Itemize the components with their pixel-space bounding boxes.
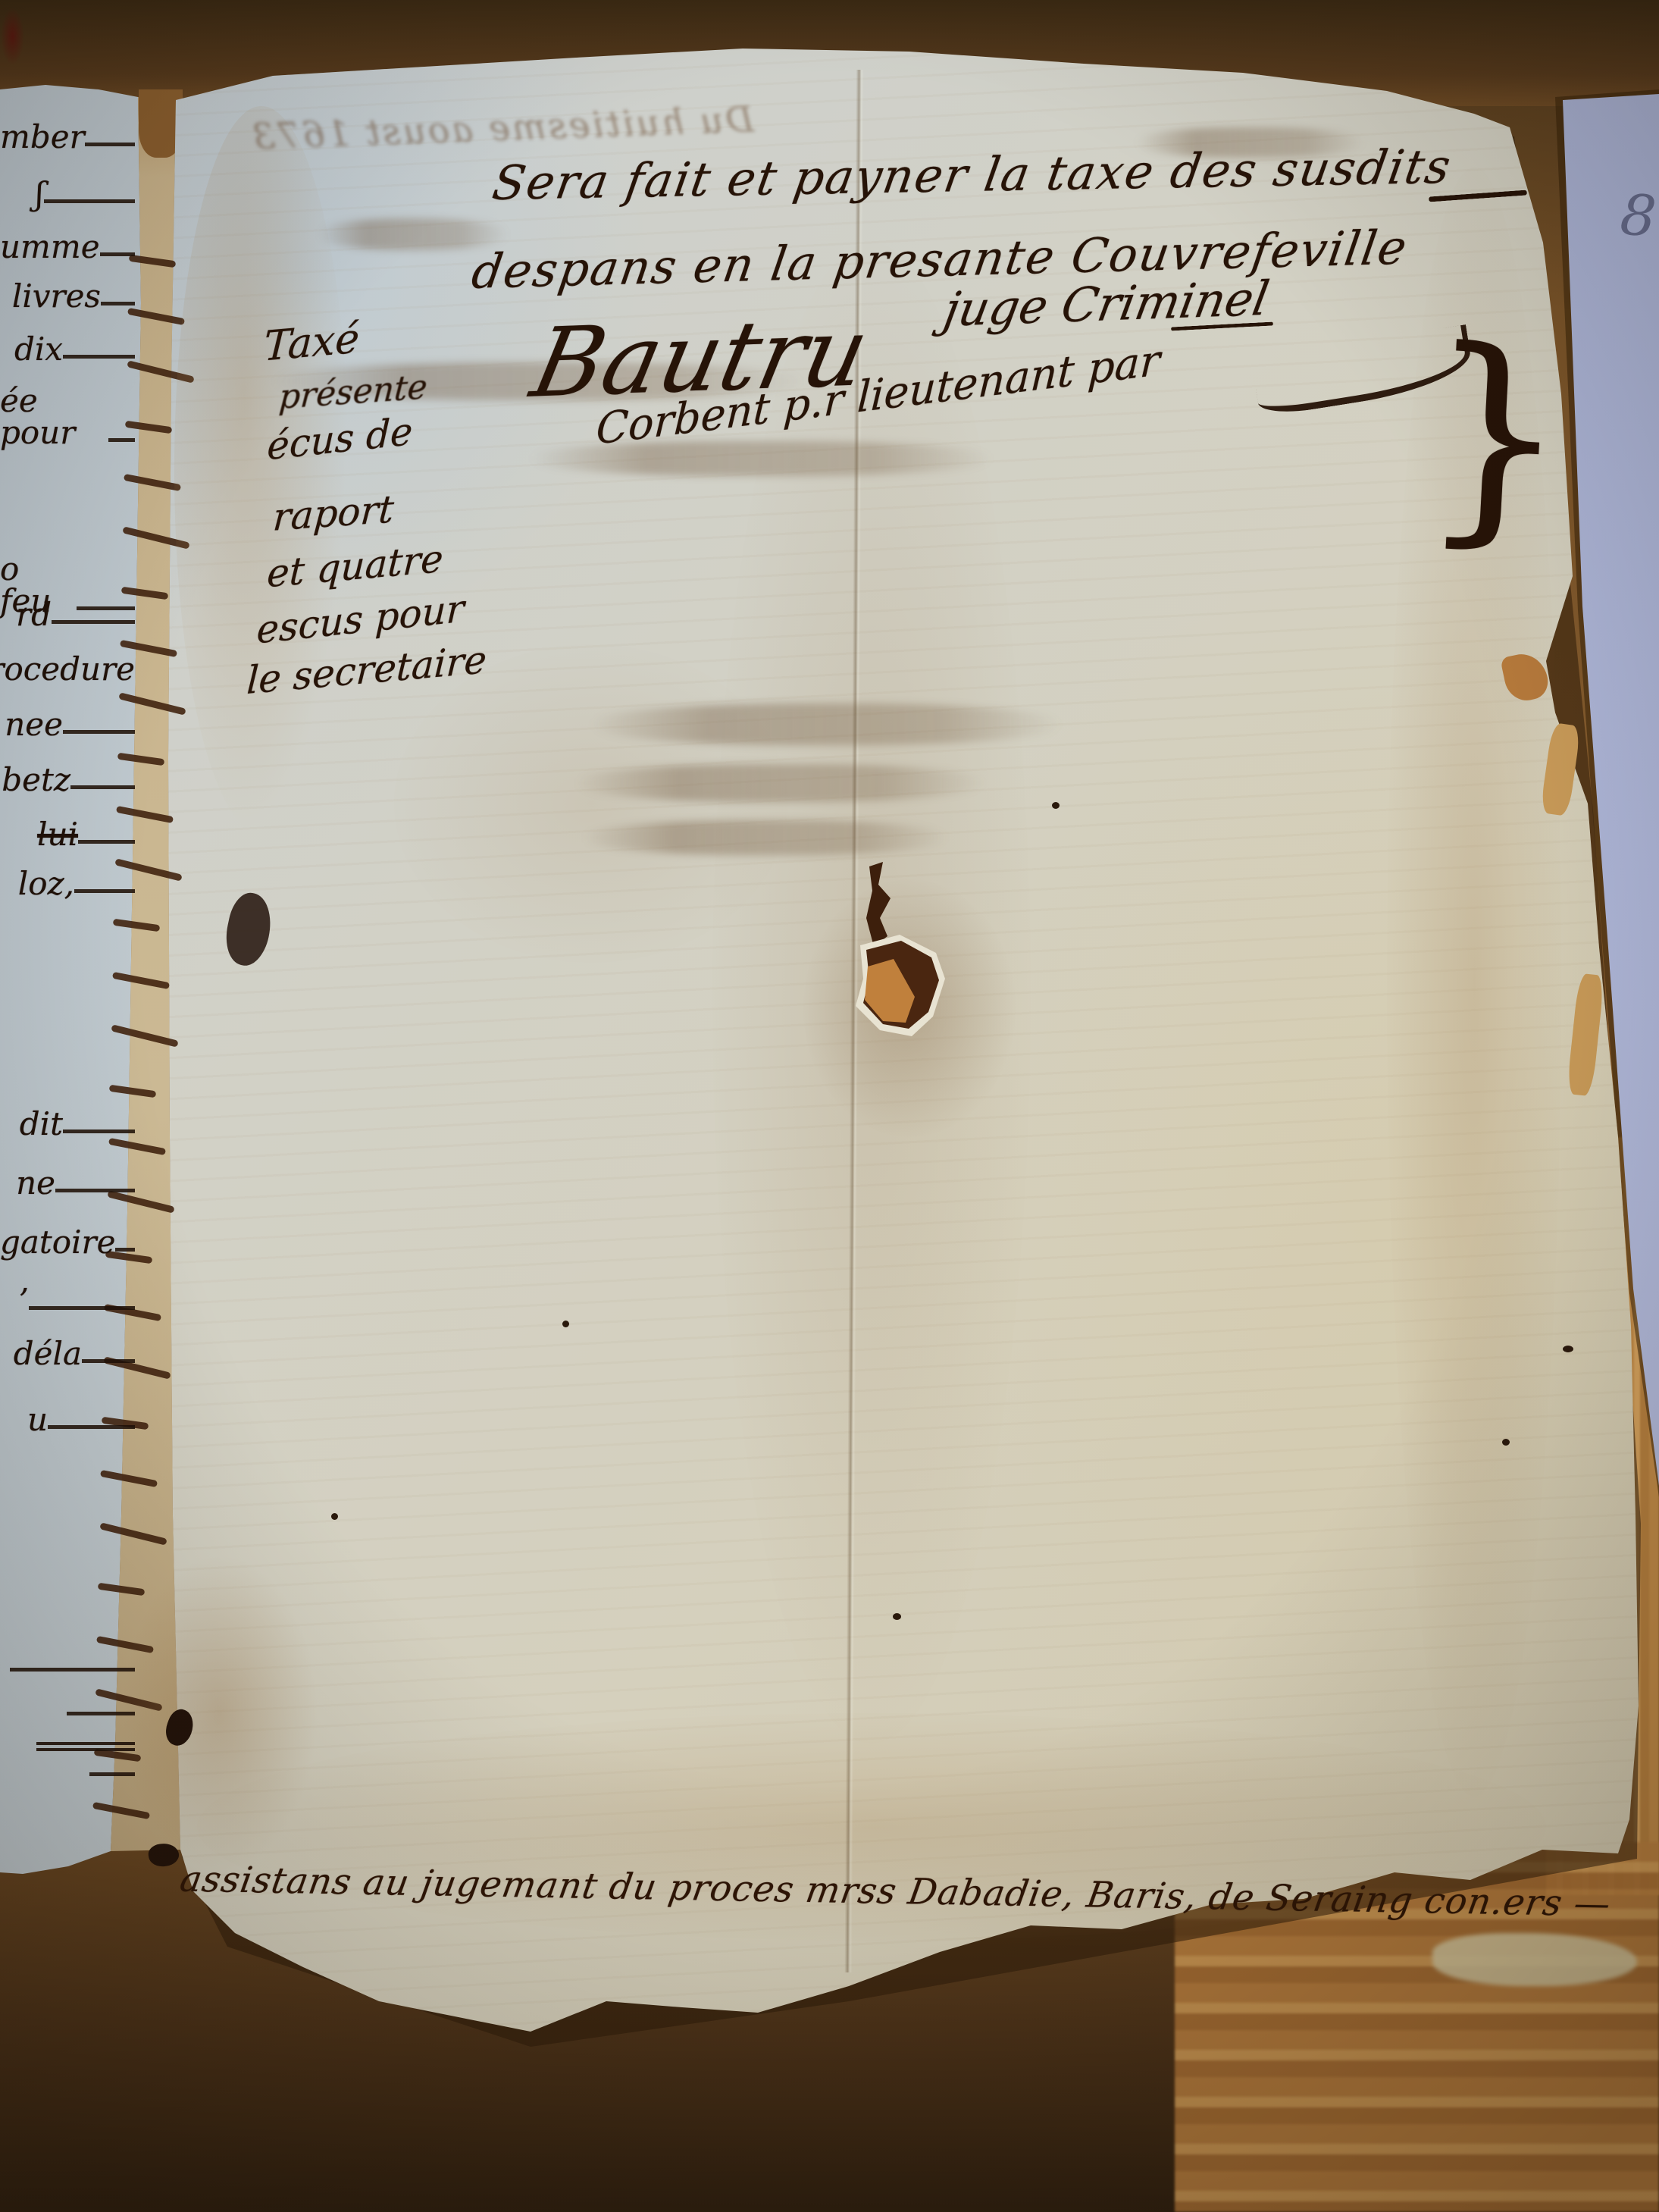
left-page-line: déla [0, 1338, 135, 1370]
hole-in-paper [830, 845, 981, 1073]
dash-leader [70, 785, 135, 789]
fragment-text: rd [16, 599, 52, 631]
dash-leader [108, 438, 135, 442]
fragment-text: gatoire [0, 1227, 115, 1258]
left-page-line [0, 1742, 135, 1758]
fragment-text: dix [14, 334, 63, 365]
fragment-text: loz, [18, 868, 74, 900]
fragment-text: lui [37, 819, 78, 851]
dash-leader [89, 1772, 135, 1776]
bleedthrough-streak [591, 703, 1061, 745]
left-page-line: rd [0, 599, 135, 631]
left-page-line [0, 1772, 135, 1783]
dash-leader [63, 1129, 135, 1133]
fragment-text: ne [16, 1167, 55, 1199]
dash-leader [63, 730, 135, 734]
dash-leader [67, 1712, 135, 1715]
left-page-line: ’ [0, 1285, 135, 1317]
ink-speck [1052, 802, 1060, 809]
left-page-line: rocedure [0, 653, 135, 685]
dash-leader [101, 302, 135, 305]
dash-leader [44, 199, 135, 203]
dash-leader [85, 143, 135, 146]
left-page-line: ne [0, 1167, 135, 1199]
dash-leader [100, 252, 135, 256]
left-page-line: umme [0, 231, 135, 263]
dash-leader [36, 1742, 135, 1751]
dash-leader [74, 889, 135, 893]
fragment-text: u [27, 1404, 48, 1436]
dash-leader [115, 1248, 135, 1252]
fragment-text: ée pour [0, 385, 108, 449]
ink-speck [1563, 1346, 1573, 1352]
ink-speck [1502, 1439, 1510, 1446]
fragment-text: livres [12, 280, 101, 312]
bleedthrough-streak [584, 820, 947, 855]
margin-note-line: raport [271, 487, 396, 540]
left-page-line: loz, [0, 868, 135, 900]
dash-leader [55, 1189, 135, 1192]
left-page-line: ʃ [0, 178, 135, 210]
left-page-line: mber [0, 121, 135, 153]
fragment-text: rocedure [0, 653, 135, 685]
left-page-line: betz [0, 764, 135, 796]
dash-leader [52, 620, 135, 624]
grouping-brace: } [1416, 299, 1575, 572]
manuscript-photo: 8 Du huitiesme aoust 1673 mber [0, 0, 1659, 2212]
left-page-line [0, 1712, 135, 1722]
left-page-line: livres [0, 280, 135, 312]
dash-leader [48, 1425, 135, 1429]
left-page-line: dit [0, 1108, 135, 1140]
fragment-text: déla [14, 1338, 82, 1370]
fragment-text: nee [5, 709, 63, 741]
dash-leader [10, 1668, 135, 1672]
red-wax-marks [0, 0, 42, 91]
fragment-text: dit [20, 1108, 63, 1140]
page-number-pencil: 8 [1618, 182, 1658, 249]
fragment-text: mber [0, 121, 85, 153]
dash-leader [63, 355, 135, 359]
left-page-line: dix [0, 334, 135, 365]
left-page-line [0, 1668, 135, 1678]
ink-speck [562, 1321, 569, 1327]
fragment-text: ’ [19, 1285, 29, 1317]
left-page-line: u [0, 1404, 135, 1436]
ink-speck [331, 1513, 338, 1520]
dash-leader [82, 1359, 135, 1363]
left-page-line: nee [0, 709, 135, 741]
left-page-line: gatoire [0, 1227, 135, 1258]
left-page-line: ée pour [0, 385, 135, 449]
fragment-text: betz [2, 764, 70, 796]
fragment-text: ʃ [36, 178, 44, 210]
margin-note-line: Taxé [263, 314, 361, 371]
left-page-line-struck: lui [0, 819, 135, 851]
fragment-text: umme [0, 231, 100, 263]
dash-leader [78, 840, 135, 844]
ink-speck [893, 1613, 901, 1620]
dash-leader [29, 1306, 135, 1310]
bleedthrough-streak [576, 764, 985, 802]
